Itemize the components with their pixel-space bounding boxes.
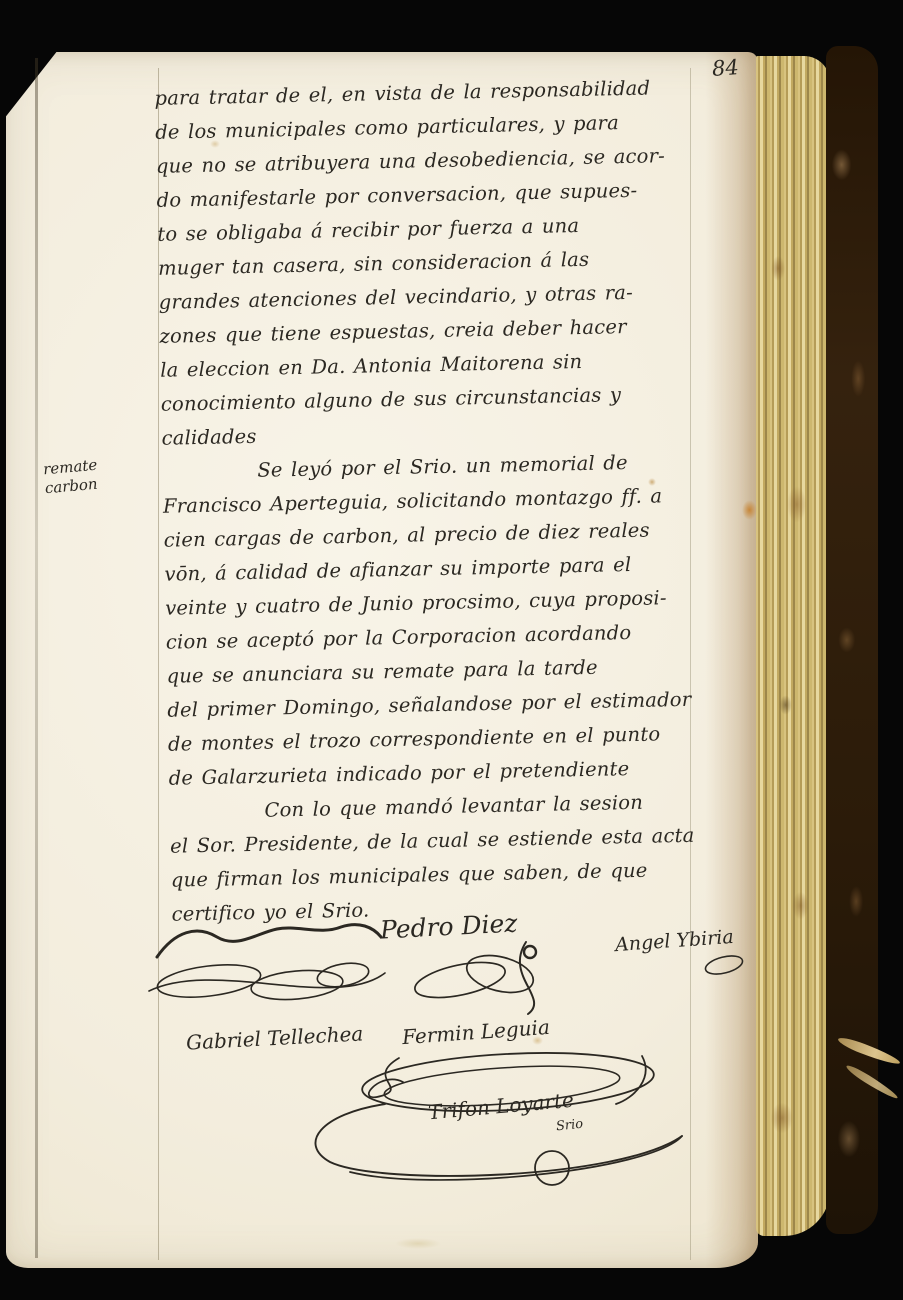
book-fore-edge [756,56,830,1236]
stain [395,1238,441,1249]
manuscript-photo: 84 remate carbon para tratar de el, en v… [0,0,903,1300]
signature-rubric [700,952,750,980]
signature-illegible-rubric [145,915,395,1015]
manuscript-text-block: para tratar de el, en vista de la respon… [154,70,724,931]
gutter-crease [35,58,38,1258]
signature-rubric [408,938,578,1018]
page-number: 84 [711,55,739,81]
margin-note: remate carbon [42,456,99,499]
stain [742,500,757,520]
signature-rubric [290,1082,700,1202]
